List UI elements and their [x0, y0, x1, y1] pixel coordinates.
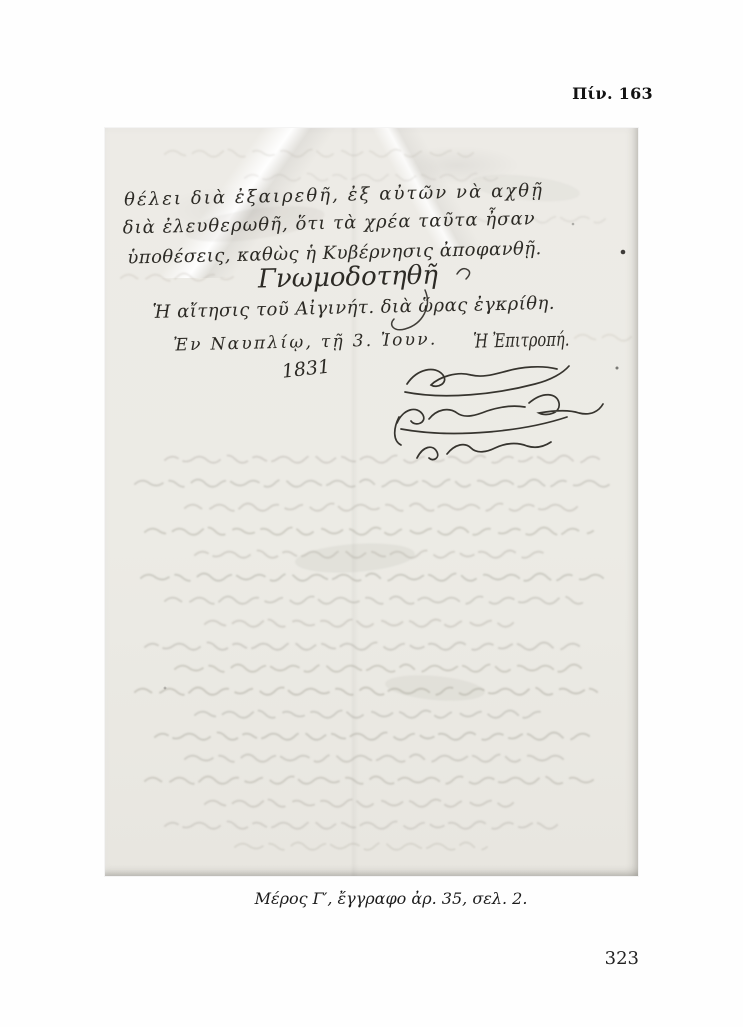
ghost-writing-line	[205, 800, 513, 807]
ghost-writing-line	[195, 711, 545, 718]
manuscript-heading: Γνωμοδοτηθῆ	[257, 260, 439, 294]
ghost-writing-line	[165, 150, 473, 157]
ghost-writing-line	[145, 528, 593, 535]
manuscript-line-1: θέλει διὰ ἐξαιρεθῆ, ἐξ αὐτῶν νὰ αχθῇ	[124, 180, 543, 210]
plate-label: Πίν. 163	[572, 84, 653, 103]
ghost-writing-line	[145, 777, 593, 784]
manuscript-year: 1831	[281, 355, 331, 382]
manuscript-photo: θέλει διὰ ἐξαιρεθῆ, ἐξ αὐτῶν νὰ αχθῇ διὰ…	[105, 128, 638, 876]
page-number: 323	[605, 948, 639, 969]
ghost-writing-line	[135, 480, 611, 487]
ghost-writing-line	[145, 643, 579, 650]
signature-flourish-1	[405, 366, 569, 396]
manuscript-handwriting-layer: θέλει διὰ ἐξαιρεθῆ, ἐξ αὐτῶν νὰ αχθῇ διὰ…	[105, 128, 638, 876]
figure-caption: Μέρος Γ′, ἔγγραφο ἀρ. 35, σελ. 2.	[255, 889, 528, 908]
ghost-writing-line	[185, 755, 563, 762]
signature-flourish-2	[395, 395, 603, 445]
ghost-writing-line	[165, 822, 557, 829]
manuscript-committee-label: Ἡ Ἐπιτροπή.	[473, 328, 569, 352]
ghost-writing-line	[575, 335, 631, 341]
ghost-writing-line	[165, 456, 599, 463]
book-page: Πίν. 163 θέλει διὰ ἐξαιρεθῆ, ἐξ αὐτῶν νὰ…	[0, 0, 743, 1027]
manuscript-ink-text: θέλει διὰ ἐξαιρεθῆ, ἐξ αὐτῶν νὰ αχθῇ διὰ…	[122, 179, 570, 386]
ghost-writing-line	[185, 504, 577, 511]
ghost-writing-line	[245, 174, 497, 181]
ghost-writing-line	[141, 574, 603, 581]
ghost-writing-line	[235, 843, 487, 850]
ghost-writing-line	[155, 733, 589, 740]
manuscript-petition-line: Ἡ αἴτησις τοῦ Αἰγινήτ. διὰ ὥρας ἐγκρίθη.	[152, 292, 554, 323]
ghost-writing-line	[175, 665, 581, 672]
manuscript-line-2: διὰ ἐλευθερωθῆ, ὅτι τὰ χρέα ταῦτα ἦσαν	[122, 205, 534, 238]
ghost-writing-line	[135, 688, 597, 695]
signatures-group	[395, 366, 603, 460]
ghost-writing-line	[205, 620, 513, 627]
manuscript-dateline: Ἐν Ναυπλίῳ, τῇ 3. Ἰουν.	[173, 330, 435, 356]
ghost-writing-line	[121, 274, 233, 281]
ghost-writing-line	[165, 597, 585, 604]
